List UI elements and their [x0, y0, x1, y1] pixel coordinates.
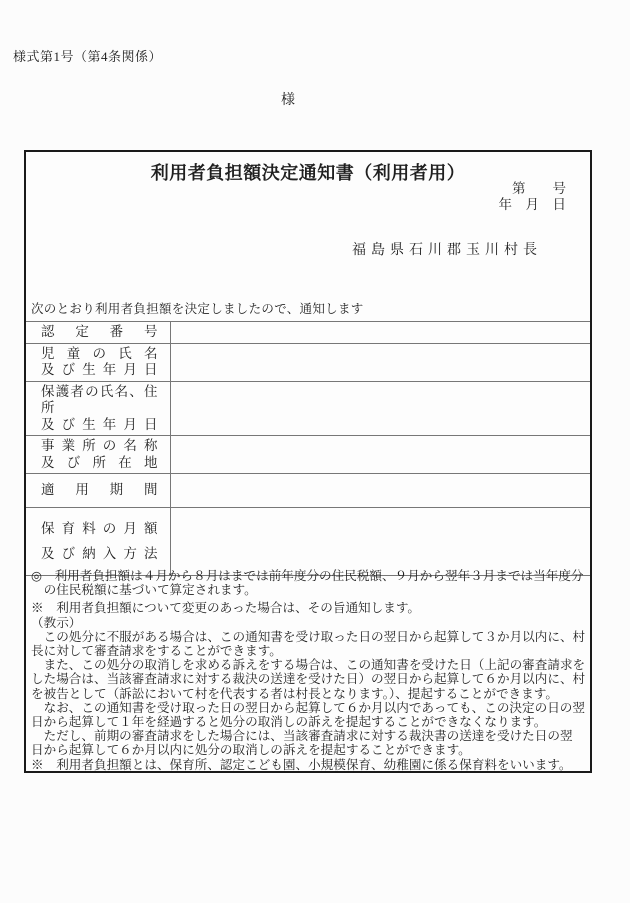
row-label-cell: 適用期間 [26, 474, 170, 508]
table-row-certification-number: 認定番号 [26, 322, 590, 344]
row-label-line: 及び納入方法 [41, 546, 158, 563]
doc-date-line: 年 月 日 [499, 197, 567, 213]
row-value-cell [170, 508, 590, 576]
row-label-cell: 児童の氏名 及び生年月日 [26, 343, 170, 381]
addressee-suffix: 様 [281, 89, 295, 109]
row-value-cell [170, 436, 590, 474]
row-value-cell [170, 322, 590, 344]
note-line: ◎ 利用者負担額は４月から８月はまでは前年度分の住民税額、９月から翌年３月までは… [31, 569, 584, 583]
doc-meta-block: 第 号 年 月 日 [499, 181, 567, 212]
note-line: （教示） [31, 616, 584, 630]
note-line: 日から起算して１年を経過すると処分の取消しの訴えを提起することができなくなります… [31, 715, 584, 729]
table-row-facility-name: 事業所の名称 及び所在地 [26, 436, 590, 474]
table-row-monthly-fee: 保育料の月額 及び納入方法 [26, 508, 590, 576]
note-line: また、この処分の取消しを求める訴えをする場合は、この通知書を受けた日（上記の審査… [31, 658, 584, 672]
details-table: 認定番号 児童の氏名 及び生年月日 保護者の氏名、住所 及び生年月日 [26, 321, 590, 576]
note-line: した場合は、当該審査請求に対する裁決の送達を受けた日）の翌日から起算して６か月以… [31, 672, 584, 686]
note-line: 長に対して審査請求をすることができます。 [31, 644, 584, 658]
row-label-line: 及び生年月日 [41, 362, 158, 379]
issuer-name: 福島県石川郡玉川村長 [352, 239, 542, 259]
row-label-cell: 保育料の月額 及び納入方法 [26, 508, 170, 576]
row-label-line: 保育料の月額 [41, 521, 158, 538]
row-label-line: 保護者の氏名、住所 [41, 384, 158, 417]
row-label-line: 及び生年月日 [41, 417, 158, 434]
row-label-line: 及び所在地 [41, 455, 158, 472]
note-line: を被告として（訴訟において村を代表する者は村長となります。）、提起することができ… [31, 687, 584, 701]
table-row-child-name: 児童の氏名 及び生年月日 [26, 343, 590, 381]
table-row-applicable-period: 適用期間 [26, 474, 590, 508]
notes-section: ◎ 利用者負担額は４月から８月はまでは前年度分の住民税額、９月から翌年３月までは… [26, 567, 590, 771]
document-page: 様式第1号（第4条関係） 様 利用者負担額決定通知書（利用者用） 第 号 年 月… [0, 0, 630, 903]
note-line: この処分に不服がある場合は、この通知書を受け取った日の翌日から起算して３か月以内… [31, 630, 584, 644]
row-label-line: 適用期間 [41, 482, 158, 499]
row-value-cell [170, 381, 590, 436]
notification-box: 利用者負担額決定通知書（利用者用） 第 号 年 月 日 福島県石川郡玉川村長 次… [24, 150, 592, 773]
note-line: ※ 利用者負担額について変更のあった場合は、その旨通知します。 [31, 601, 584, 615]
note-line: ただし、前期の審査請求をした場合には、当該審査請求に対する裁決書の送達を受けた日… [31, 729, 584, 743]
note-line: ※ 利用者負担額とは、保育所、認定こども園、小規模保育、幼稚園に係る保育料をいい… [31, 758, 584, 771]
row-label-line: 事業所の名称 [41, 438, 158, 455]
row-label-line: 認定番号 [41, 324, 158, 341]
doc-number-line: 第 号 [499, 181, 567, 197]
intro-text: 次のとおり利用者負担額を決定しましたので、通知します [31, 299, 364, 317]
row-label-cell: 事業所の名称 及び所在地 [26, 436, 170, 474]
row-value-cell [170, 343, 590, 381]
row-label-line: 児童の氏名 [41, 346, 158, 363]
table-row-guardian-name: 保護者の氏名、住所 及び生年月日 [26, 381, 590, 436]
note-line: なお、この通知書を受け取った日の翌日から起算して６か月以内であっても、この決定の… [31, 701, 584, 715]
row-value-cell [170, 474, 590, 508]
row-label-cell: 保護者の氏名、住所 及び生年月日 [26, 381, 170, 436]
row-label-cell: 認定番号 [26, 322, 170, 344]
form-number-label: 様式第1号（第4条関係） [13, 46, 162, 65]
note-line: の住民税額に基づいて算定されます。 [31, 583, 584, 597]
note-line: 日から起算して６か月以内に処分の取消しの訴えを提起することができます。 [31, 743, 584, 757]
